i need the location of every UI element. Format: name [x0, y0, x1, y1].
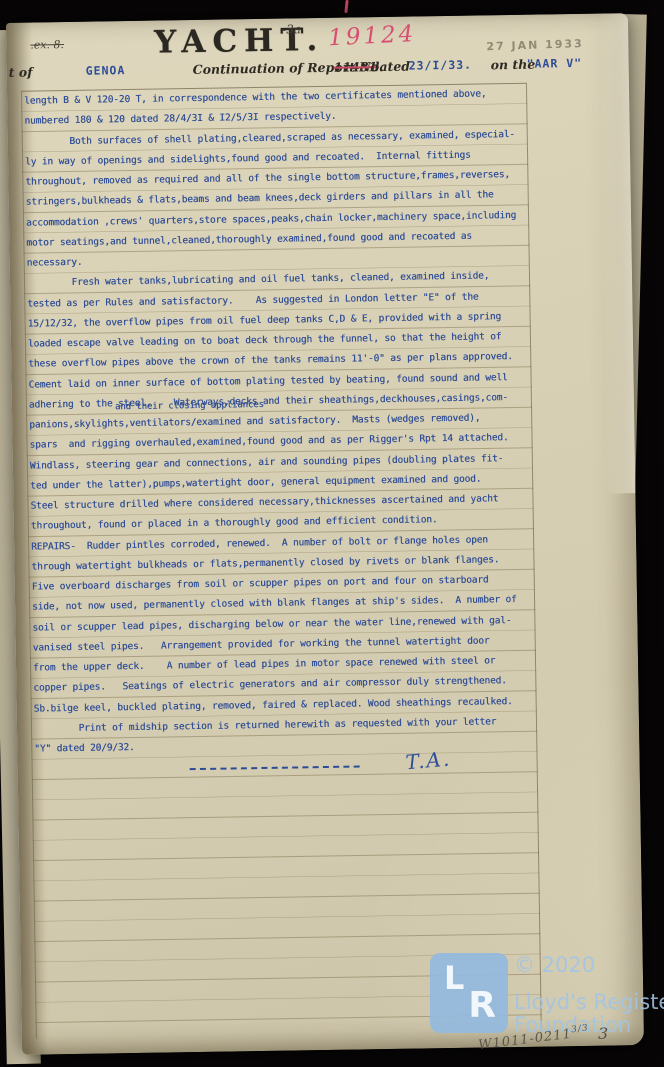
typed-lines: length B & V 120-20 T, in correspondence… [24, 84, 540, 760]
port-of-label: t of [9, 65, 33, 80]
vessel-name: "AAR V" [527, 56, 583, 71]
report-date: 23/I/33. [409, 58, 473, 73]
surveyor-initials: T.A. [405, 747, 452, 775]
watermark-copyright: © 2020 [514, 953, 595, 977]
red-serial-number: 19124 [328, 21, 417, 51]
report-page: .ex. 8. YACHT. -3a 19124 27 JAN 1933 t o… [6, 13, 644, 1055]
dated-label: dated [371, 59, 411, 75]
logo-letter-l: L [444, 962, 464, 994]
watermark-name-line1: Lloyd's Register [514, 990, 664, 1014]
logo-letter-r: R [468, 988, 496, 1024]
archive-reference-sup: 3/3 [571, 1023, 590, 1035]
date-received-stamp: 27 JAN 1933 [486, 37, 584, 53]
pencil-title-suffix: -3a [282, 22, 301, 36]
pencil-note: .ex. 8. [30, 38, 64, 52]
page-number: 3 [598, 1024, 608, 1043]
scan-photo-background: .ex. 8. YACHT. -3a 19124 27 JAN 1933 t o… [0, 0, 664, 1067]
red-ink-tick [344, 0, 348, 13]
lr-foundation-logo-icon: L R [430, 953, 508, 1033]
port-of-value: GENOA [86, 63, 126, 78]
header-row: t of GENOA Continuation of Report No. 11… [7, 55, 629, 87]
